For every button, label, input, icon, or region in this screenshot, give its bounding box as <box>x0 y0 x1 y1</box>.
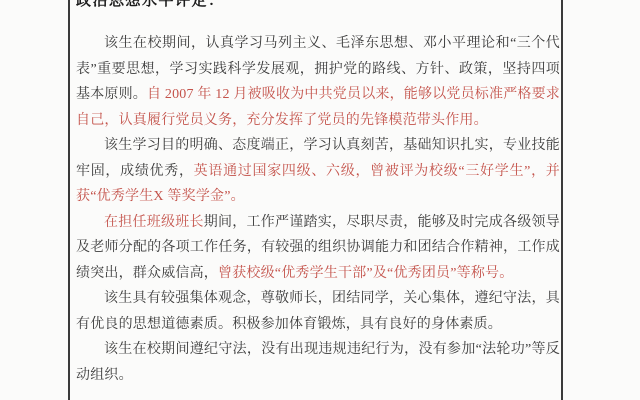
section-heading-cutoff: 政治思想水平评定： <box>76 0 225 10</box>
paragraph: 该生具有较强集体观念，尊敬师长，团结同学，关心集体，遵纪守法，具有优良的思想道德… <box>76 286 560 337</box>
text-segment-red: 自 2007 年 12 月被吸收为中共党员以来，能够以党员标准严格要求自己，认真… <box>76 87 560 128</box>
table-border-right <box>561 0 563 400</box>
text-segment-black: 该生具有较强集体观念，尊敬师长，团结同学，关心集体，遵纪守法，具有优良的思想道德… <box>76 291 560 332</box>
evaluation-text: 该生在校期间，认真学习马列主义、毛泽东思想、邓小平理论和“三个代表”重要思想，学… <box>76 31 560 388</box>
paragraph: 该生学习目的明确、态度端正，学习认真刻苦，基础知识扎实，专业技能牢固，成绩优秀，… <box>76 133 560 210</box>
paragraph: 在担任班级班长期间，工作严谨踏实，尽职尽责，能够及时完成各级领导及老师分配的各项… <box>76 210 560 287</box>
text-segment-red: 在担任班级班长 <box>104 215 204 230</box>
paragraph: 该生在校期间，认真学习马列主义、毛泽东思想、邓小平理论和“三个代表”重要思想，学… <box>76 31 560 133</box>
document-page: 政治思想水平评定： 该生在校期间，认真学习马列主义、毛泽东思想、邓小平理论和“三… <box>0 0 640 400</box>
text-segment-black: 该生在校期间遵纪守法，没有出现违规违纪行为，没有参加“法轮功”等反动组织。 <box>76 342 560 383</box>
text-segment-red: 曾获校级“优秀学生干部”及“优秀团员”等称号。 <box>218 266 513 281</box>
table-border-left <box>68 0 70 400</box>
paragraph: 该生在校期间遵纪守法，没有出现违规违纪行为，没有参加“法轮功”等反动组织。 <box>76 337 560 388</box>
